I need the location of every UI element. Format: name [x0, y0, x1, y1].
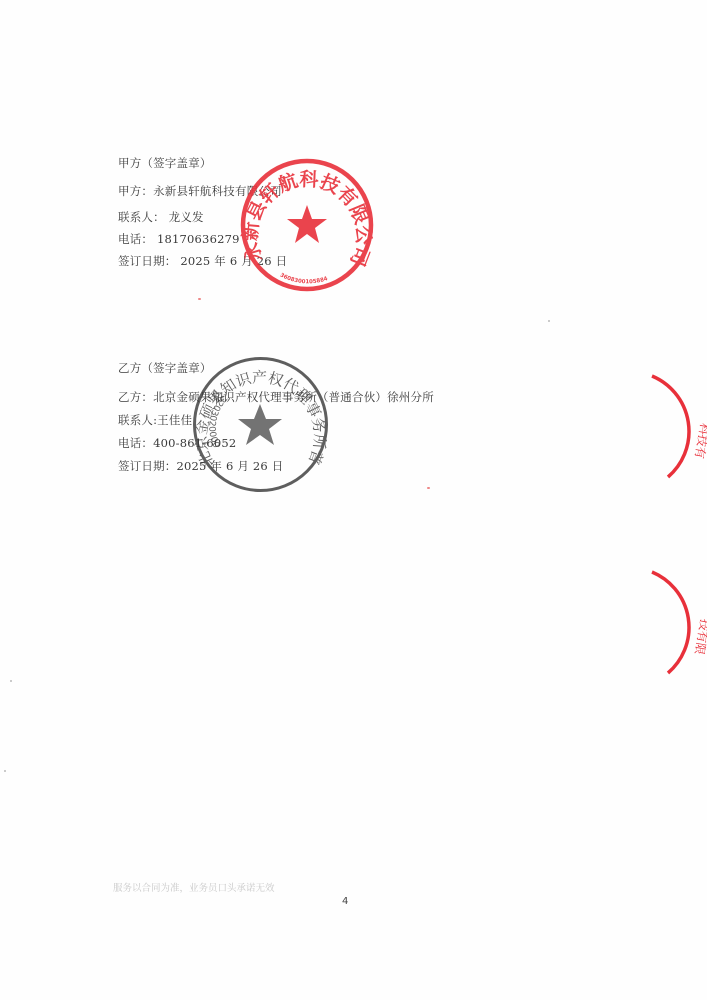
scan-speck — [548, 320, 550, 322]
scan-speck — [198, 298, 201, 300]
edge-seal-top-text: 科技有 — [692, 422, 707, 460]
party-b-contact: 联系人:王佳佳 — [118, 412, 192, 428]
scan-speck — [10, 680, 12, 682]
party-a-phone: 电话： 18170636279 — [118, 231, 240, 247]
edge-seal-bottom: 技有限 — [648, 568, 707, 678]
scan-speck — [427, 487, 430, 489]
star-icon — [287, 205, 327, 243]
party-a-heading: 甲方（签字盖章） — [118, 155, 212, 171]
footer-disclaimer: 服务以合同为准，业务员口头承诺无效 — [113, 880, 275, 894]
edge-seal-bottom-text: 技有限 — [692, 618, 707, 656]
party-b-agency-seal: 北京金硕果知识产权代理事务所普通合伙徐州分所 3203020000 — [188, 352, 333, 497]
scan-speck — [4, 770, 6, 772]
party-a-contact: 联系人： 龙义发 — [118, 209, 204, 225]
edge-seal-top: 科技有 — [648, 372, 707, 482]
party-a-company-seal: 永新县轩航科技有限公司 3608300105884 — [237, 155, 377, 295]
page-number: 4 — [342, 896, 348, 907]
star-icon — [238, 404, 282, 445]
